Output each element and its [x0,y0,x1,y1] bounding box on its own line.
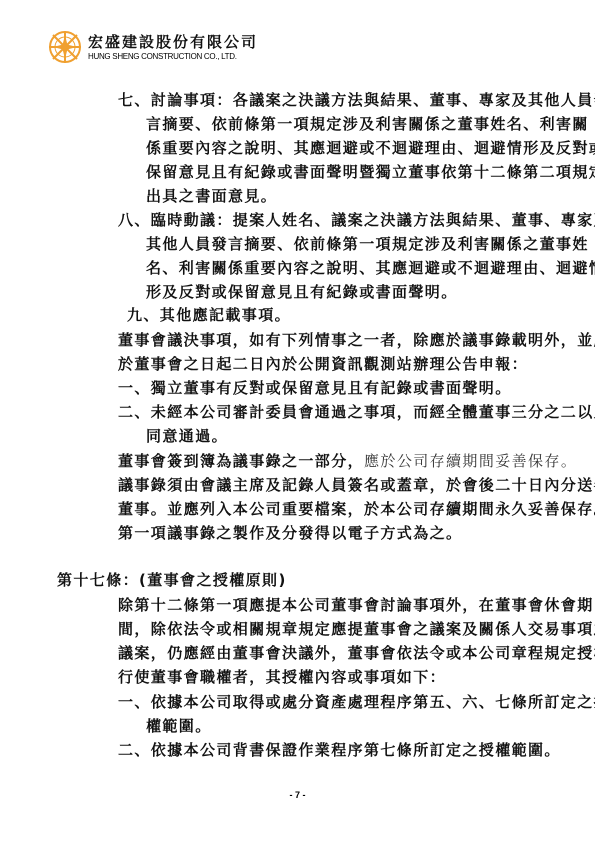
list-item-continuation: 同意通過。 [146,427,228,445]
text-line: 董事。並應列入本公司重要檔案，於本公司存續期間永久妥善保存。 [118,500,595,518]
text-line: 行使董事會職權者，其授權內容或事項如下： [118,668,446,686]
article-heading: 第十七條：(董事會之授權原則) [57,571,287,589]
text-line: 出具之書面意見。 [146,187,277,205]
text-line: 議事錄須由會議主席及記錄人員簽名或蓋章，於會後二十日內分送各 [118,476,595,494]
list-item-continuation: 權範圍。 [146,717,212,735]
text-line: 保留意見且有紀錄或書面聲明暨獨立董事依第十二條第二項規定 [146,163,595,181]
company-name-en: HUNG SHENG CONSTRUCTION CO., LTD. [88,52,237,61]
list-item: 一、獨立董事有反對或保留意見且有記錄或書面聲明。 [118,379,512,397]
text-line: 除第十二條第一項應提本公司董事會討論事項外，在董事會休會期 [118,596,594,614]
text-segment: 董事會簽到簿為議事錄之一部分， [118,452,364,470]
text-line: 於董事會之日起二日內於公開資訊觀測站辦理公告申報： [118,355,528,373]
text-line: 形及反對或保留意見且有紀錄或書面聲明。 [146,283,458,301]
text-line: 其他人員發言摘要、依前條第一項規定涉及利害關係之董事姓 [146,235,589,253]
list-item: 二、未經本公司審計委員會通過之事項，而經全體董事三分之二以上 [118,403,595,421]
text-line: 八、臨時動議：提案人姓名、議案之決議方法與結果、董事、專家及 [118,211,595,229]
company-name-cn: 宏盛建設股份有限公司 [88,31,258,52]
text-line: 議案，仍應經由董事會決議外，董事會依法令或本公司章程規定授權 [118,644,595,662]
text-line: 間，除依法令或相關規章規定應提董事會之議案及關係人交易事項之 [118,620,595,638]
text-line: 九、其他應記載事項。 [127,306,291,324]
company-logo-icon [47,29,83,65]
page-number: - 7 - [0,790,595,800]
text-line: 名、利害關係重要內容之說明、其應迴避或不迴避理由、迴避情 [146,259,595,277]
text-line: 第一項議事錄之製作及分發得以電子方式為之。 [118,524,462,542]
text-line: 係重要內容之說明、其應迴避或不迴避理由、迴避情形及反對或 [146,139,595,157]
text-segment-light: 應於公司存續期間妥善保存。 [364,452,577,470]
list-item: 一、依據本公司取得或處分資產處理程序第五、六、七條所訂定之授 [118,693,595,711]
text-line: 言摘要、依前條第一項規定涉及利害關係之董事姓名、利害關 [146,115,589,133]
text-line: 七、討論事項：各議案之決議方法與結果、董事、專家及其他人員發 [118,91,595,109]
text-line: 董事會簽到簿為議事錄之一部分，應於公司存續期間妥善保存。 [118,452,577,470]
list-item: 二、依據本公司背書保證作業程序第七條所訂定之授權範圍。 [118,741,561,759]
text-line: 董事會議決事項，如有下列情事之一者，除應於議事錄載明外，並應 [118,331,595,349]
